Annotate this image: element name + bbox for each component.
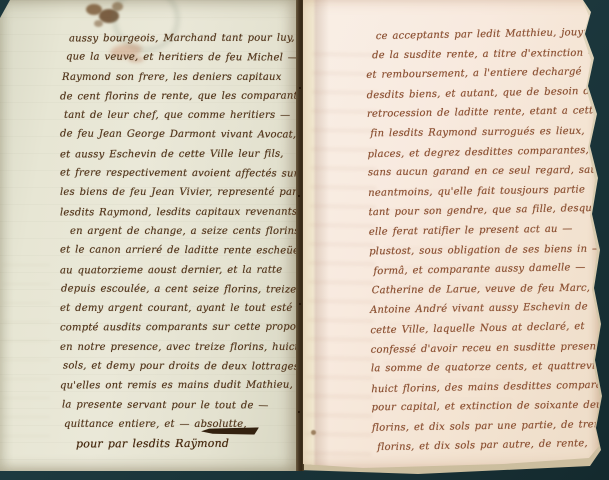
manuscript-line: pour capital, et extinction de soixante … bbox=[372, 396, 604, 418]
right-page: ce acceptants par ledit Matthieu, jouyr … bbox=[303, 0, 601, 470]
manuscript-line: depuis escoulée, a cent seize florins, t… bbox=[61, 279, 296, 299]
manuscript-line: en notre presence, avec treize florins, … bbox=[60, 338, 296, 357]
manuscript-line: compté ausdits comparants sur cette prop… bbox=[60, 318, 296, 338]
manuscript-line: au quatorzieme aoust dernier, et la ratt… bbox=[60, 260, 296, 280]
manuscript-line: florins, et dix sols par autre, de rente… bbox=[377, 434, 604, 458]
ink-blot bbox=[94, 20, 103, 27]
manuscript-line: les biens de feu Jean Vivier, representé… bbox=[60, 183, 296, 202]
manuscript-line: pour par lesdits Raÿmond bbox=[76, 434, 296, 454]
manuscript-line: et demy argent courant, ayant le tout es… bbox=[60, 299, 296, 318]
manuscript-line: quittance entiere, et — absolutte, bbox=[64, 415, 296, 434]
bleedthrough-ghost bbox=[2, 250, 50, 450]
manuscript-line: sols, et demy pour droits de deux lottra… bbox=[63, 357, 296, 377]
manuscript-line: aussy bourgeois, Marchand tant pour luy, bbox=[69, 29, 296, 49]
manuscript-line: de feu Jean George Darmont vivant Avocat… bbox=[60, 125, 296, 145]
manuscript-line: la presente servant pour le tout de — bbox=[62, 395, 296, 415]
dust-speck bbox=[311, 430, 316, 435]
manuscript-line: Raymond son frere, les deniers capitaux bbox=[62, 68, 296, 87]
manuscript-line: lesdits Raymond, lesdits capitaux revena… bbox=[60, 202, 296, 222]
manuscript-line: Catherine de Larue, veuve de feu Marc, bbox=[372, 278, 602, 300]
manuscript-line: tant de leur chef, que comme heritiers — bbox=[64, 106, 296, 125]
manuscript-line: elle ferat ratifier le present act au — bbox=[369, 219, 601, 242]
manuscript-line: en argent de change, a seize cents flori… bbox=[70, 222, 296, 241]
manuscript-line: et aussy Eschevin de cette Ville leur fi… bbox=[60, 144, 296, 164]
manuscript-line: que la veuve, et heritiers de feu Michel… bbox=[66, 48, 296, 68]
manuscript-line: et frere respectivement avoient affectés… bbox=[60, 164, 296, 184]
manuscript-scan: aussy bourgeois, Marchand tant pour luy,… bbox=[0, 0, 609, 480]
manuscript-line: de la susdite rente, a titre d'extinctio… bbox=[372, 43, 598, 65]
manuscript-line: sans aucun garand en ce seul regard, sau… bbox=[368, 161, 600, 183]
manuscript-line: qu'elles ont remis es mains dudit Mathie… bbox=[60, 376, 296, 396]
left-page: aussy bourgeois, Marchand tant pour luy,… bbox=[0, 0, 298, 471]
manuscript-line: et le canon arrieré de laditte rente esc… bbox=[60, 241, 296, 261]
page-gutter bbox=[296, 0, 304, 471]
right-page-text: ce acceptants par ledit Matthieu, jouyr … bbox=[366, 23, 605, 458]
left-page-text: aussy bourgeois, Marchand tant pour luy,… bbox=[60, 29, 296, 454]
manuscript-line: de cent florins de rente, que les compar… bbox=[60, 86, 296, 106]
manuscript-line: desdits biens, et autant, que de besoin … bbox=[367, 82, 599, 106]
